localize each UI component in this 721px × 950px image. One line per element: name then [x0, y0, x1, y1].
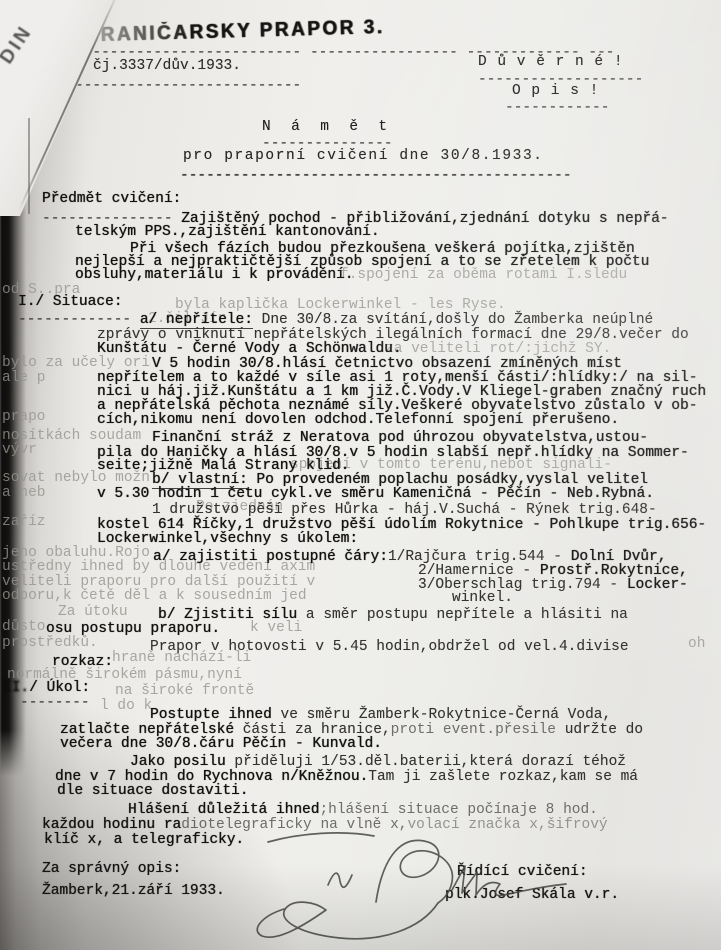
typed-line: Prapor v hotovosti v 5.45 hodin,obdržel … — [150, 640, 629, 654]
unit-stamp: HRANIČARSKY PRAPOR 3. — [84, 16, 385, 48]
typed-line: b/ vlastní: Po provedeném poplachu posád… — [152, 473, 648, 487]
typed-line: 1 družstvo pěší přes Hůrka - háj.V.Suchá… — [152, 503, 657, 517]
typed-line: 2/Hamernice - Prostř.Rokytnice, — [418, 564, 688, 578]
corner-stamp-fragment: DIN — [0, 22, 38, 69]
typed-line: Lockerwinkel,všechny s úkolem: — [97, 532, 358, 546]
document-subtitle: pro praporní cvičení dne 30/8.1933. — [183, 149, 544, 163]
bleedthrough-line: veliteli praporu pro další použití v — [2, 575, 315, 589]
typed-line: I./ Situace: — [18, 295, 122, 309]
bleedthrough-line: zaříz — [2, 515, 46, 529]
dashed-rule-reference: -------------------------- — [75, 79, 301, 93]
bleedthrough-line: prapo — [2, 410, 46, 424]
scanned-document-page: HRANIČARSKY PRAPOR 3. ------------------… — [0, 0, 721, 950]
typed-line: Předmět cvičení: — [42, 192, 181, 206]
typed-line: Finanční stráž z Neratova pod úhrozou ob… — [152, 431, 648, 445]
bleedthrough-line: k veli — [250, 621, 302, 635]
document-title: N á m ě t — [262, 120, 388, 134]
typed-line: dle situace dostaviti. — [57, 784, 248, 798]
exercise-director-label: Řídící cvičení: — [457, 864, 588, 880]
bleedthrough-line: vývr — [2, 443, 37, 457]
typed-line: Postupte ihned ve směru Žamberk-Rokytnic… — [150, 708, 611, 722]
typed-line: Hlášení důležitá ihned;hlášení situace p… — [128, 803, 598, 817]
reference-number: čj.3337/dův.1933. — [93, 59, 241, 73]
typed-line: Kunštátu - Černé Vody a Schönwaldu. — [97, 342, 402, 356]
bleedthrough-line: ale p — [2, 371, 46, 385]
copy-label: O p i s ! — [512, 84, 599, 98]
typed-line: nepřítelem a to každé v síle asi 1 roty,… — [97, 371, 697, 385]
place-and-date: Žamberk,21.září 1933. — [42, 883, 225, 899]
typed-line: II./ Úkol: — [3, 681, 90, 695]
typed-line: nici u háj.již.Kunštátu a 1 km již.Č.Vod… — [97, 385, 706, 399]
typed-line: večera dne 30/8.čáru Pěčín - Kunvald. — [60, 737, 382, 751]
page-edge-line — [28, 118, 30, 214]
bleedthrough-line: f.spojení za oběma rotami I.sledu — [340, 268, 627, 282]
typed-line: cích,nikomu není dovolen odchod.Telefonn… — [97, 413, 619, 427]
typed-line: winkel. — [452, 591, 513, 605]
bleedthrough-line: bylo za učely ori — [2, 356, 150, 370]
typed-line: b/ Zjistiti sílu a směr postupu nepřítel… — [158, 608, 628, 622]
bleedthrough-line: prostředků. — [2, 636, 98, 650]
dashed-rule-copy: ------------ — [505, 101, 609, 115]
typed-line: a nepřátelská pěchota neznámé síly.Veške… — [97, 399, 697, 413]
bleedthrough-line: na široké frontě — [115, 684, 254, 698]
bleedthrough-line: byla kaplička Lockerwinkel - les Ryse. — [175, 298, 506, 312]
typed-line: zatlačte nepřátelské části za hranice,pr… — [60, 723, 643, 737]
pen-stroke — [257, 902, 438, 939]
typed-line: každou hodinu radiotelegraficky na vlně … — [42, 818, 608, 832]
typed-line: telským PPS.,zajištění kantonování. — [75, 225, 380, 239]
bleedthrough-line: důsto — [2, 620, 46, 634]
bleedthrough-line: Za útoku — [58, 605, 128, 619]
typed-line: osu postupu praporu. — [46, 622, 220, 636]
bleedthrough-line: a neb — [2, 486, 46, 500]
bleedthrough-line: l do k — [100, 699, 152, 713]
typed-line: v 5.30 hodin 1 četu cykl.ve směru Kameni… — [97, 487, 654, 501]
bleedthrough-line: oh — [688, 637, 705, 651]
typed-line: -------- — [20, 696, 90, 710]
typed-line: klíč x, a telegraficky. — [44, 833, 244, 847]
signer-name: plk.Josef Skála v.r. — [445, 887, 619, 903]
typed-line: dne v 7 hodin do Rychnova n/Kněžnou.Tam … — [55, 770, 638, 784]
typed-line: kostel 614 Říčky,1 družstvo pěší údolím … — [97, 518, 706, 532]
typed-line: Jako posilu přiděluji 1/53.děl.baterii,k… — [130, 755, 626, 769]
bleedthrough-line: jeho obaluhu.Rojo — [2, 546, 150, 560]
typed-line: seite;jižně Malá Strany klid. — [97, 459, 349, 473]
pen-stroke — [376, 840, 452, 903]
typed-line: ------------- a/ nepřítele: Dne 30/8.za … — [18, 313, 653, 327]
pen-stroke — [268, 833, 374, 842]
classification-label: D ů v ě r n é ! — [478, 55, 624, 69]
typed-line: rozkaz: — [52, 655, 113, 669]
pen-stroke — [328, 873, 352, 887]
typed-line: a/ zajistiti postupné čáry:1/Rajčura tri… — [153, 550, 666, 564]
typed-line: zprávy o vniknutí nepřátelských ilegální… — [97, 328, 689, 342]
dashed-rule-subtitle: ----------------------------------------… — [180, 169, 572, 183]
typed-line: obsluhy,materiálu i k provádění. — [75, 268, 353, 282]
bleedthrough-line: nosítkách soudam — [2, 429, 141, 443]
bleedthrough-line: odporu,k četě děl a k sousedním jed — [2, 589, 307, 603]
attestation-label: Za správný opis: — [42, 861, 181, 877]
typed-line: V 5 hodin 30/8.hlásí četnictvo obsazení … — [152, 357, 622, 371]
bleedthrough-line: za veliteli rot/:jichž SY. — [385, 342, 611, 356]
